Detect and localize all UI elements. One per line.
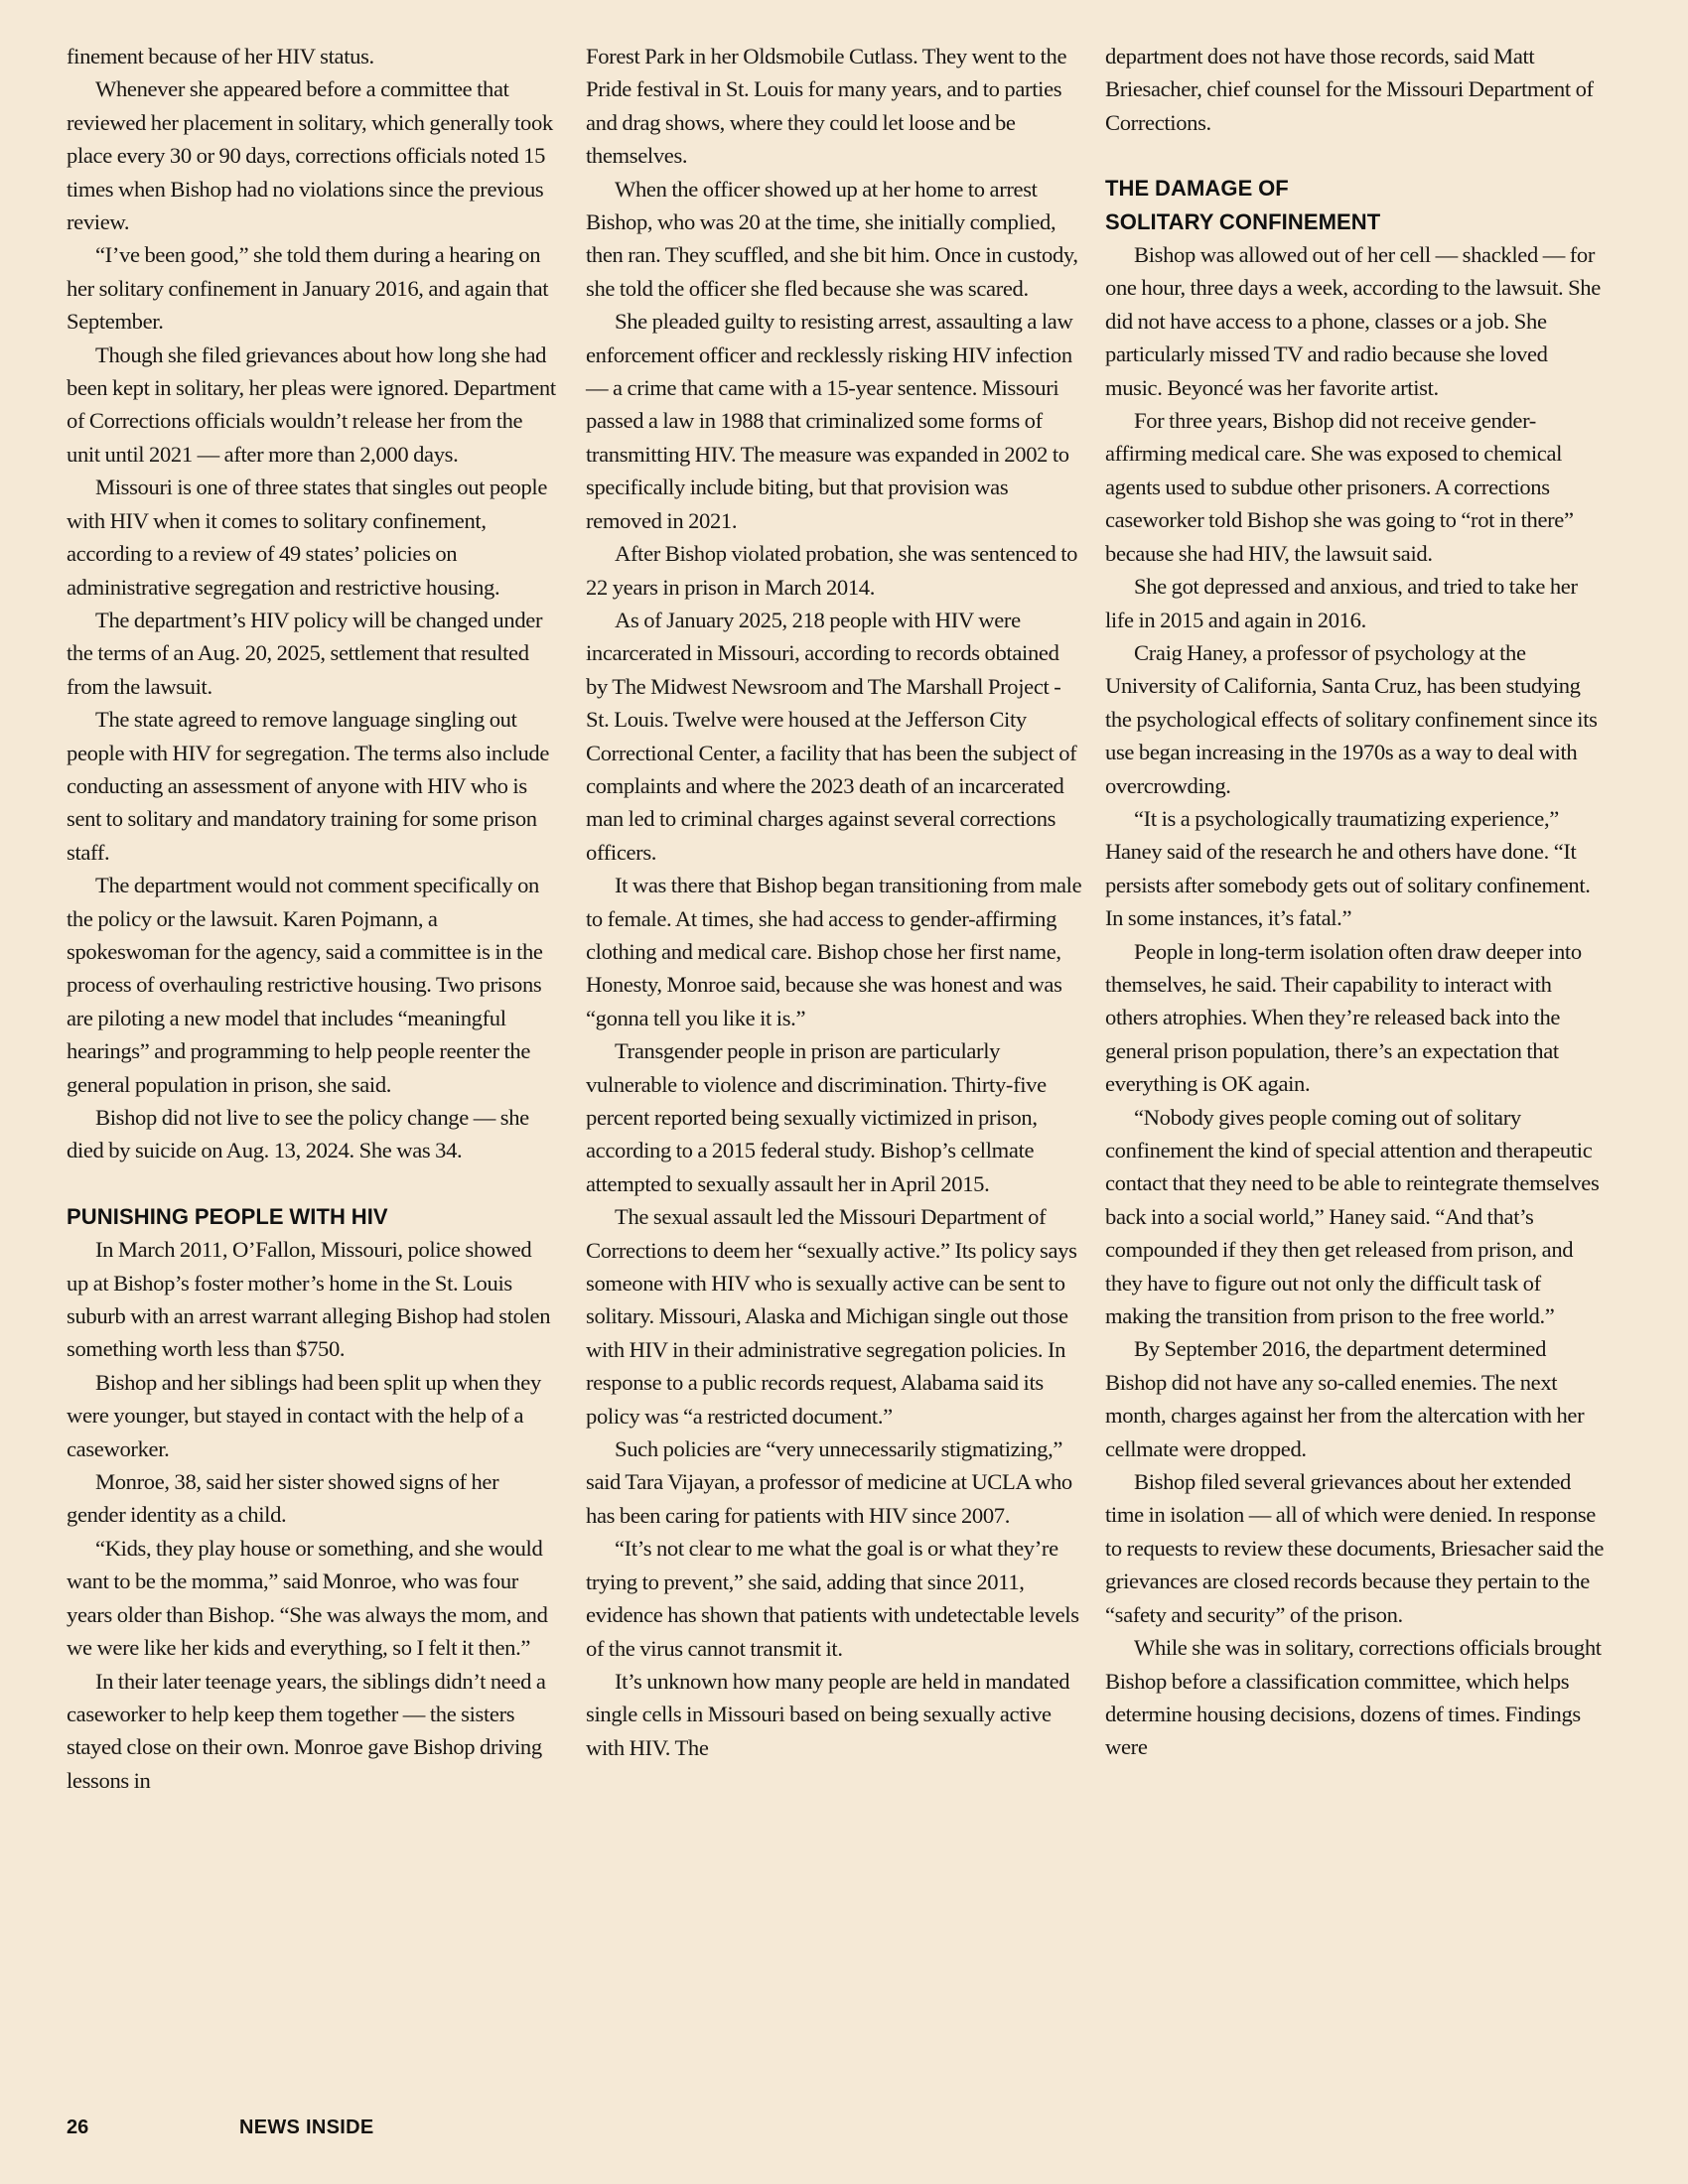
page-number: 26	[67, 2115, 88, 2140]
paragraph: Whenever she appeared before a committee…	[67, 72, 558, 238]
paragraph: By September 2016, the department determ…	[1105, 1332, 1607, 1465]
paragraph: Craig Haney, a professor of psychology a…	[1105, 636, 1607, 802]
paragraph: The department would not comment spe­cif…	[67, 869, 558, 1101]
paragraph: “Nobody gives people coming out of solit…	[1105, 1101, 1607, 1333]
paragraph-continued: finement because of her HIV status.	[67, 40, 558, 72]
paragraph: As of January 2025, 218 people with HIV …	[586, 604, 1082, 869]
paragraph: “Kids, they play house or something, and…	[67, 1532, 558, 1665]
paragraph: She pleaded guilty to resisting arrest, …	[586, 305, 1082, 537]
paragraph: Bishop was allowed out of her cell — sha…	[1105, 238, 1607, 404]
paragraph: The sexual assault led the Missouri Depa…	[586, 1200, 1082, 1433]
section-heading-line: solitary confinement	[1105, 205, 1607, 238]
paragraph: While she was in solitary, corrections o…	[1105, 1631, 1607, 1764]
paragraph: She got depressed and anxious, and tried…	[1105, 570, 1607, 636]
page-footer: 26 NEWS INSIDE	[67, 2115, 662, 2144]
paragraph: The department’s HIV policy will be chan…	[67, 604, 558, 703]
article-column-1: finement because of her HIV status.Whene…	[67, 40, 558, 1797]
paragraph: Monroe, 38, said her sister showed signs…	[67, 1465, 558, 1532]
paragraph: Bishop and her siblings had been split u…	[67, 1366, 558, 1465]
paragraph: The state agreed to remove language sing…	[67, 703, 558, 869]
paragraph: When the officer showed up at her home t…	[586, 173, 1082, 306]
article-column-3: department does not have those records, …	[1105, 40, 1607, 1764]
paragraph: It’s unknown how many people are held in…	[586, 1665, 1082, 1764]
paragraph: Transgender people in prison are partic­…	[586, 1034, 1082, 1200]
paragraph-continued: department does not have those records, …	[1105, 40, 1607, 139]
paragraph: For three years, Bishop did not receive …	[1105, 404, 1607, 570]
paragraph: “It is a psychologically traumatizing ex…	[1105, 802, 1607, 935]
paragraph: Bishop filed several grievances about he…	[1105, 1465, 1607, 1631]
paragraph: It was there that Bishop began transitio…	[586, 869, 1082, 1034]
paragraph: After Bishop violated probation, she was…	[586, 537, 1082, 604]
paragraph: “I’ve been good,” she told them during a…	[67, 238, 558, 338]
section-heading: Punishing people with HIV	[67, 1200, 558, 1233]
paragraph: In their later teenage years, the siblin…	[67, 1665, 558, 1798]
paragraph-continued: Forest Park in her Oldsmobile Cutlass. T…	[586, 40, 1082, 173]
paragraph: Such policies are “very unnecessarily st…	[586, 1433, 1082, 1532]
paragraph: Though she filed grievances about how lo…	[67, 339, 558, 472]
section-heading-line: The damage of	[1105, 172, 1607, 205]
paragraph: People in long-term isolation often draw…	[1105, 935, 1607, 1101]
section-heading: The damage ofsolitary confinement	[1105, 172, 1607, 238]
section-name: NEWS INSIDE	[239, 2115, 374, 2140]
paragraph: Bishop did not live to see the policy ch…	[67, 1101, 558, 1167]
paragraph: In March 2011, O’Fallon, Missouri, polic…	[67, 1233, 558, 1366]
paragraph: Missouri is one of three states that sin…	[67, 471, 558, 604]
article-column-2: Forest Park in her Oldsmobile Cutlass. T…	[586, 40, 1082, 1764]
paragraph: “It’s not clear to me what the goal is o…	[586, 1532, 1082, 1665]
section-heading-line: Punishing people with HIV	[67, 1200, 558, 1233]
